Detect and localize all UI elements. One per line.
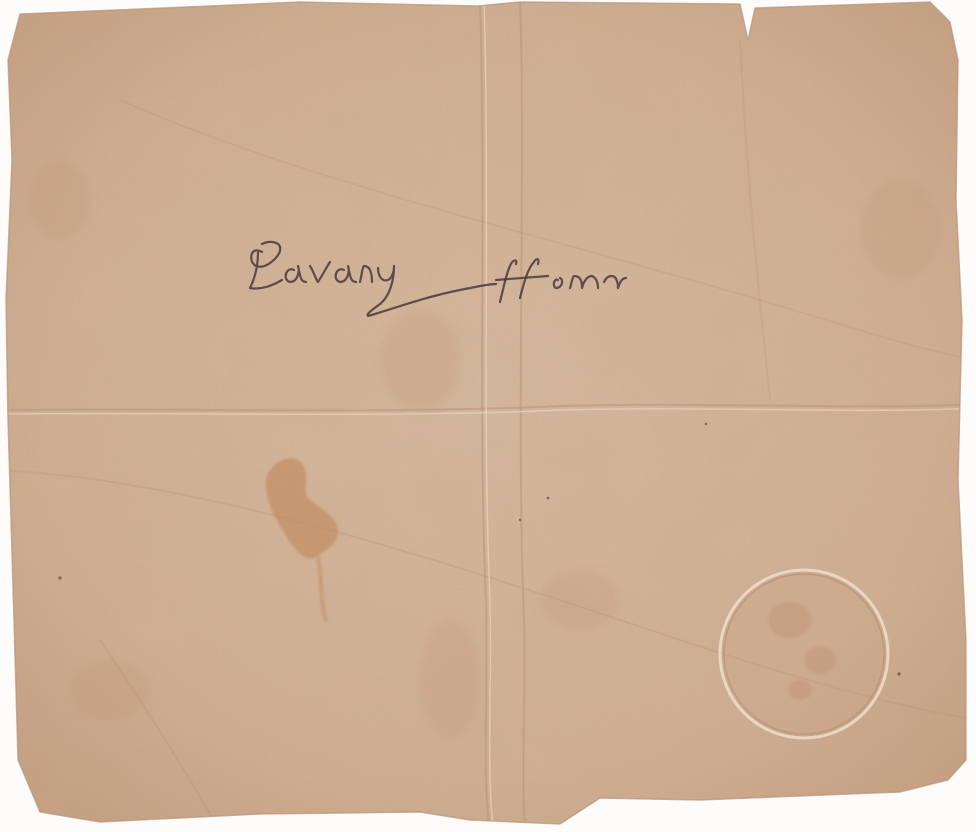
paper-fragment [0, 0, 976, 832]
embossed-seal [720, 570, 888, 738]
photo-stage: Davan ffon [0, 0, 976, 832]
